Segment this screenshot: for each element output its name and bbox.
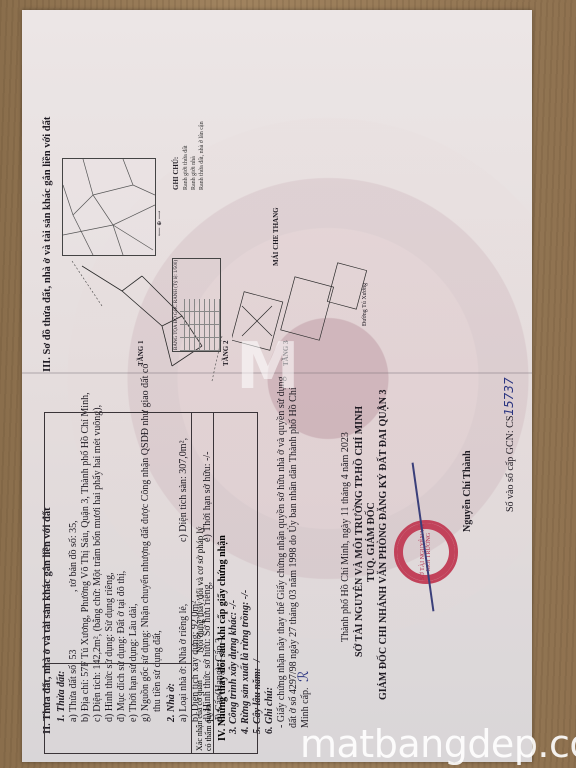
location-map (62, 158, 156, 256)
section-iv-title: IV. Những thay đổi sau khi cấp giấy chứn… (217, 421, 237, 741)
signer-position: GIÁM ĐỐC CHI NHÁNH VĂN PHÒNG ĐĂNG KÝ ĐẤT… (378, 390, 389, 700)
official-stamp: SỞ TÀI NGUYÊN VÀ MÔI TRƯỜNG (394, 520, 458, 584)
section-iv-table: IV. Những thay đổi sau khi cấp giấy chứn… (44, 412, 258, 754)
col-confirm-header: Xác nhận của cơ quan có thẩm quyền (195, 671, 209, 751)
north-arrow: ⟵ ⊕ ⟶ (156, 211, 163, 236)
floor-2-label: TẦNG 2 (222, 341, 230, 366)
authority: SỞ TÀI NGUYÊN VÀ MÔI TRƯỜNG TP.HỒ CHÍ MI… (354, 406, 365, 657)
watermark-text: matbangdep.com (300, 722, 576, 766)
notes-label: GHI CHÚ: (172, 157, 180, 190)
col-content-header: Nội dung thay đổi và cơ sở pháp lý (195, 453, 209, 653)
on-behalf: TUQ. GIÁM ĐỐC (366, 502, 377, 582)
floor-1-label: TẦNG 1 (137, 341, 145, 366)
notes-line-1: - Giấy chứng nhận này thay thế Giấy chứn… (276, 376, 287, 728)
signer-name: Nguyễn Chí Thành (462, 450, 473, 532)
notes-heading: 6. Ghi chú: (264, 687, 275, 734)
section-iii-title: III. Sơ đồ thửa đất, nhà ở và tài sản kh… (42, 117, 53, 372)
registry-number: Số vào sổ cấp GCN: CS15737 (502, 377, 516, 512)
legend: Ranh giới thửa đất Ranh giới nhà Ranh th… (182, 121, 206, 190)
place-date: Thành phố Hồ Chí Minh, ngày 11 tháng 4 n… (340, 432, 351, 642)
coordinate-table: BẢNG TỌA ĐỘ GÓC RANH (Tỷ lệ: 1/500) (172, 258, 221, 352)
initials-handwriting: ℛ (296, 671, 312, 682)
watermark-logo: M (236, 330, 300, 404)
